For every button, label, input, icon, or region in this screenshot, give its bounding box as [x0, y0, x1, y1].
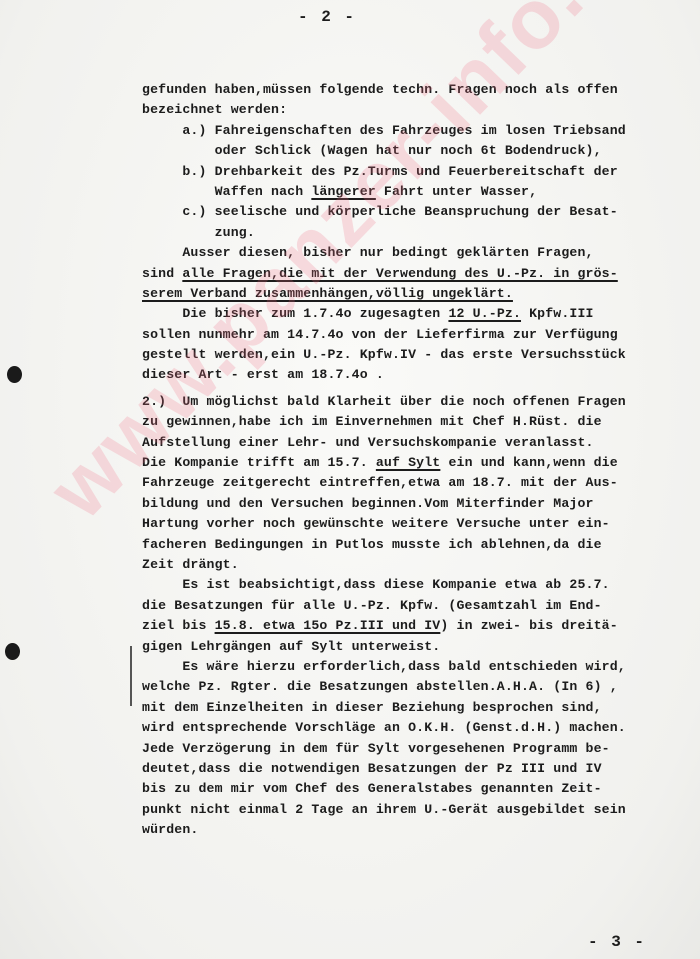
underlined-text: auf Sylt	[376, 455, 441, 470]
margin-pencil-mark	[130, 646, 132, 706]
document-body-text: gefunden haben,müssen folgende techn. Fr…	[142, 80, 692, 840]
punch-hole-bottom	[5, 643, 20, 660]
text-line: bildung und den Versuchen beginnen.Vom M…	[142, 494, 692, 514]
text-line: zu gewinnen,habe ich im Einvernehmen mit…	[142, 412, 692, 432]
text-line: zung.	[142, 223, 692, 243]
underlined-text: 12 U.-Pz.	[448, 306, 521, 321]
text-line: Hartung vorher noch gewünschte weitere V…	[142, 514, 692, 534]
text-line: würden.	[142, 820, 692, 840]
text-line: mit dem Einzelheiten in dieser Beziehung…	[142, 698, 692, 718]
text-line: Es ist beabsichtigt,dass diese Kompanie …	[142, 575, 692, 595]
text-line: sind alle Fragen,die mit der Verwendung …	[142, 264, 692, 284]
text-line: Zeit drängt.	[142, 555, 692, 575]
text-line: deutet,dass die notwendigen Besatzungen …	[142, 759, 692, 779]
underlined-text: 15.8. etwa 15o Pz.III und IV	[215, 618, 441, 633]
text-line: oder Schlick (Wagen hat nur noch 6t Bode…	[142, 141, 692, 161]
text-line: facheren Bedingungen in Putlos musste ic…	[142, 535, 692, 555]
text-line: sollen nunmehr am 14.7.4o von der Liefer…	[142, 325, 692, 345]
text-line: die Besatzungen für alle U.-Pz. Kpfw. (G…	[142, 596, 692, 616]
text-line: punkt nicht einmal 2 Tage an ihrem U.-Ge…	[142, 800, 692, 820]
page-number-top: - 2 -	[298, 8, 356, 26]
text-line: a.) Fahreigenschaften des Fahrzeuges im …	[142, 121, 692, 141]
text-line: 2.) Um möglichst bald Klarheit über die …	[142, 392, 692, 412]
text-line: wird entsprechende Vorschläge an O.K.H. …	[142, 718, 692, 738]
text-line: c.) seelische und körperliche Beanspruch…	[142, 202, 692, 222]
text-line: dieser Art - erst am 18.7.4o .	[142, 365, 692, 385]
text-line: Aufstellung einer Lehr- und Versuchskomp…	[142, 433, 692, 453]
text-line: Die Kompanie trifft am 15.7. auf Sylt ei…	[142, 453, 692, 473]
punch-hole-top	[7, 366, 22, 383]
text-line: b.) Drehbarkeit des Pz.Turms und Feuerbe…	[142, 162, 692, 182]
text-line: Waffen nach längerer Fahrt unter Wasser,	[142, 182, 692, 202]
underlined-text: längerer	[311, 184, 376, 199]
text-line: bis zu dem mir vom Chef des Generalstabe…	[142, 779, 692, 799]
scanned-document-page: - 2 - gefunden haben,müssen folgende tec…	[0, 0, 700, 959]
text-line: gefunden haben,müssen folgende techn. Fr…	[142, 80, 692, 100]
text-line: gigen Lehrgängen auf Sylt unterweist.	[142, 637, 692, 657]
page-number-bottom: - 3 -	[588, 933, 646, 951]
text-line: Fahrzeuge zeitgerecht eintreffen,etwa am…	[142, 473, 692, 493]
text-line: Jede Verzögerung in dem für Sylt vorgese…	[142, 739, 692, 759]
underlined-text: serem Verband zusammenhängen,völlig unge…	[142, 286, 513, 301]
text-line: Ausser diesen, bisher nur bedingt geklär…	[142, 243, 692, 263]
text-line: ziel bis 15.8. etwa 15o Pz.III und IV) i…	[142, 616, 692, 636]
text-line: Die bisher zum 1.7.4o zugesagten 12 U.-P…	[142, 304, 692, 324]
underlined-text: alle Fragen,die mit der Verwendung des U…	[182, 266, 617, 281]
text-line: bezeichnet werden:	[142, 100, 692, 120]
text-line: serem Verband zusammenhängen,völlig unge…	[142, 284, 692, 304]
text-line: gestellt werden,ein U.-Pz. Kpfw.IV - das…	[142, 345, 692, 365]
text-line: welche Pz. Rgter. die Besatzungen abstel…	[142, 677, 692, 697]
text-line: Es wäre hierzu erforderlich,dass bald en…	[142, 657, 692, 677]
